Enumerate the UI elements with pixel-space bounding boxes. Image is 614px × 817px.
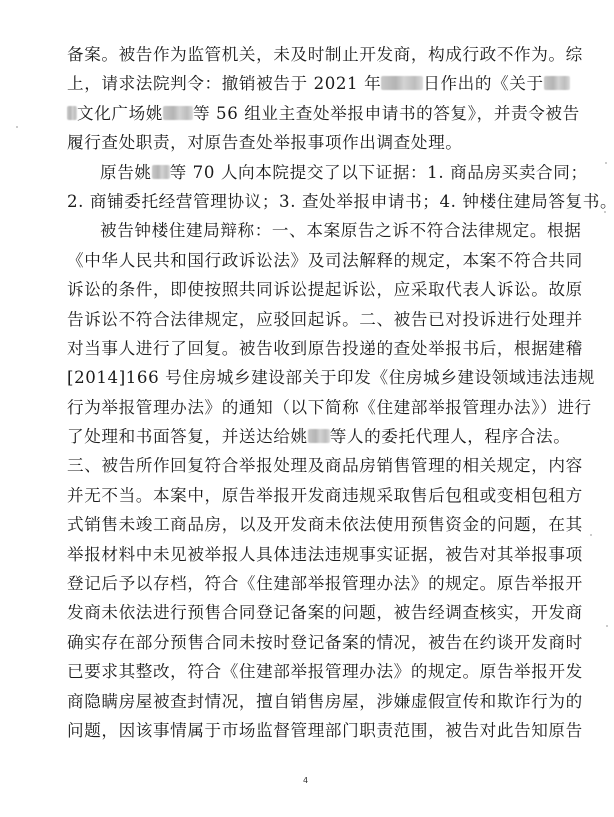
- scan-speck: [605, 162, 607, 164]
- text-line: 式销售未竣工商品房，以及开发商未依法使用预售资金的问题，在其: [67, 510, 535, 539]
- text-segment: 履行查处职责，对原告查处举报事项作出调查处理。: [67, 133, 462, 152]
- text-segment: 《中华人民共和国行政诉讼法》及司法解释的规定，本案不符合共同: [67, 251, 583, 270]
- text-line: 上，请求法院判令：撤销被告于 2021 年日作出的《关于: [67, 69, 535, 98]
- redacted-text: [544, 76, 570, 90]
- text-line: 被告钟楼住建局辩称：一、本案原告之诉不符合法律规定。根据: [67, 216, 535, 245]
- text-line: 发商未依法进行预售合同登记备案的问题，被告经调查核实，开发商: [67, 598, 535, 627]
- text-line: 2. 商铺委托经营管理协议；3. 查处举报申请书；4. 钟楼住建局答复书。: [67, 187, 535, 216]
- text-line: 已要求其整改，符合《住建部举报管理办法》的规定。原告举报开发: [67, 657, 535, 686]
- text-segment: 备案。被告作为监管机关，未及时制止开发商，构成行政不作为。综: [67, 45, 583, 64]
- text-segment: 登记后予以存档，符合《住建部举报管理办法》的规定。原告举报开: [67, 574, 583, 593]
- text-segment: 文化广场姚: [77, 104, 163, 123]
- text-line: 商隐瞒房屋被查封情况，擅自销售房屋，涉嫌虚假宣传和欺诈行为的: [67, 687, 535, 716]
- text-segment: 行为举报管理办法》的通知（以下简称《住建部举报管理办法》）进行: [67, 398, 592, 417]
- text-segment: 2. 商铺委托经营管理协议；3. 查处举报申请书；4. 钟楼住建局答复书。: [67, 192, 614, 211]
- text-segment: 三、被告所作回复符合举报处理及商品房销售管理的相关规定，内容: [67, 456, 583, 475]
- text-line: 问题，因该事情属于市场监督管理部门职责范围，被告对此告知原告: [67, 716, 535, 745]
- text-segment: 上，请求法院判令：撤销被告于 2021 年: [67, 74, 381, 93]
- redacted-text: [381, 76, 423, 90]
- text-segment: 日作出的《关于: [423, 74, 543, 93]
- redacted-text: [163, 106, 193, 120]
- scan-speck: [590, 534, 592, 536]
- text-line: [2014]166 号住房城乡建设部关于印发《住房城乡建设领域违法违规: [67, 363, 535, 392]
- text-line: 诉讼的条件，即使按照共同诉讼提起诉讼，应采取代表人诉讼。故原: [67, 275, 535, 304]
- document-page: 备案。被告作为监管机关，未及时制止开发商，构成行政不作为。综上，请求法院判令：撤…: [0, 0, 614, 817]
- text-segment: 问题，因该事情属于市场监督管理部门职责范围，被告对此告知原告: [67, 721, 583, 740]
- scan-speck: [16, 126, 18, 128]
- text-line: 告诉讼不符合法律规定，应驳回起诉。二、被告已对投诉进行处理并: [67, 305, 535, 334]
- text-segment: 被告钟楼住建局辩称：一、本案原告之诉不符合法律规定。根据: [100, 221, 581, 240]
- text-segment: [2014]166 号住房城乡建设部关于印发《住房城乡建设领域违法违规: [67, 368, 595, 387]
- text-segment: 了处理和书面答复，并送达给姚: [67, 427, 308, 446]
- redacted-text: [67, 106, 77, 120]
- scan-speck: [606, 625, 608, 627]
- text-line: 对当事人进行了回复。被告收到原告投递的查处举报书后，根据建稽: [67, 334, 535, 363]
- redacted-text: [152, 165, 170, 179]
- text-segment: 原告姚: [100, 163, 152, 182]
- document-body: 备案。被告作为监管机关，未及时制止开发商，构成行政不作为。综上，请求法院判令：撤…: [67, 40, 535, 745]
- text-line: 文化广场姚等 56 组业主查处举报申请书的答复》，并责令被告: [67, 99, 535, 128]
- text-segment: 诉讼的条件，即使按照共同诉讼提起诉讼，应采取代表人诉讼。故原: [67, 280, 583, 299]
- text-segment: 等人的委托代理人，程序合法。: [330, 427, 571, 446]
- text-segment: 发商未依法进行预售合同登记备案的问题，被告经调查核实，开发商: [67, 603, 583, 622]
- text-line: 原告姚等 70 人向本院提交了以下证据：1. 商品房买卖合同；: [67, 158, 535, 187]
- text-line: 并无不当。本案中，原告举报开发商违规采取售后包租或变相包租方: [67, 481, 535, 510]
- text-line: 备案。被告作为监管机关，未及时制止开发商，构成行政不作为。综: [67, 40, 535, 69]
- text-line: 履行查处职责，对原告查处举报事项作出调查处理。: [67, 128, 535, 157]
- text-segment: 确实存在部分预售合同未按时登记备案的情况，被告在约谈开发商时: [67, 633, 583, 652]
- text-segment: 举报材料中未见被举报人具体违法违规事实证据，被告对其举报事项: [67, 545, 583, 564]
- page-number: 4: [303, 776, 308, 785]
- text-line: 行为举报管理办法》的通知（以下简称《住建部举报管理办法》）进行: [67, 393, 535, 422]
- scan-speck: [604, 211, 606, 213]
- text-segment: 并无不当。本案中，原告举报开发商违规采取售后包租或变相包租方: [67, 486, 583, 505]
- text-line: 举报材料中未见被举报人具体违法违规事实证据，被告对其举报事项: [67, 540, 535, 569]
- text-line: 《中华人民共和国行政诉讼法》及司法解释的规定，本案不符合共同: [67, 246, 535, 275]
- text-segment: 等 56 组业主查处举报申请书的答复》，并责令被告: [193, 104, 580, 123]
- text-line: 登记后予以存档，符合《住建部举报管理办法》的规定。原告举报开: [67, 569, 535, 598]
- text-segment: 告诉讼不符合法律规定，应驳回起诉。二、被告已对投诉进行处理并: [67, 310, 583, 329]
- text-segment: 等 70 人向本院提交了以下证据：1. 商品房买卖合同；: [170, 163, 588, 182]
- text-line: 三、被告所作回复符合举报处理及商品房销售管理的相关规定，内容: [67, 451, 535, 480]
- redacted-text: [308, 429, 330, 443]
- text-line: 了处理和书面答复，并送达给姚等人的委托代理人，程序合法。: [67, 422, 535, 451]
- text-segment: 商隐瞒房屋被查封情况，擅自销售房屋，涉嫌虚假宣传和欺诈行为的: [67, 692, 583, 711]
- text-segment: 对当事人进行了回复。被告收到原告投递的查处举报书后，根据建稽: [67, 339, 583, 358]
- text-line: 确实存在部分预售合同未按时登记备案的情况，被告在约谈开发商时: [67, 628, 535, 657]
- text-segment: 已要求其整改，符合《住建部举报管理办法》的规定。原告举报开发: [67, 662, 583, 681]
- text-segment: 式销售未竣工商品房，以及开发商未依法使用预售资金的问题，在其: [67, 515, 583, 534]
